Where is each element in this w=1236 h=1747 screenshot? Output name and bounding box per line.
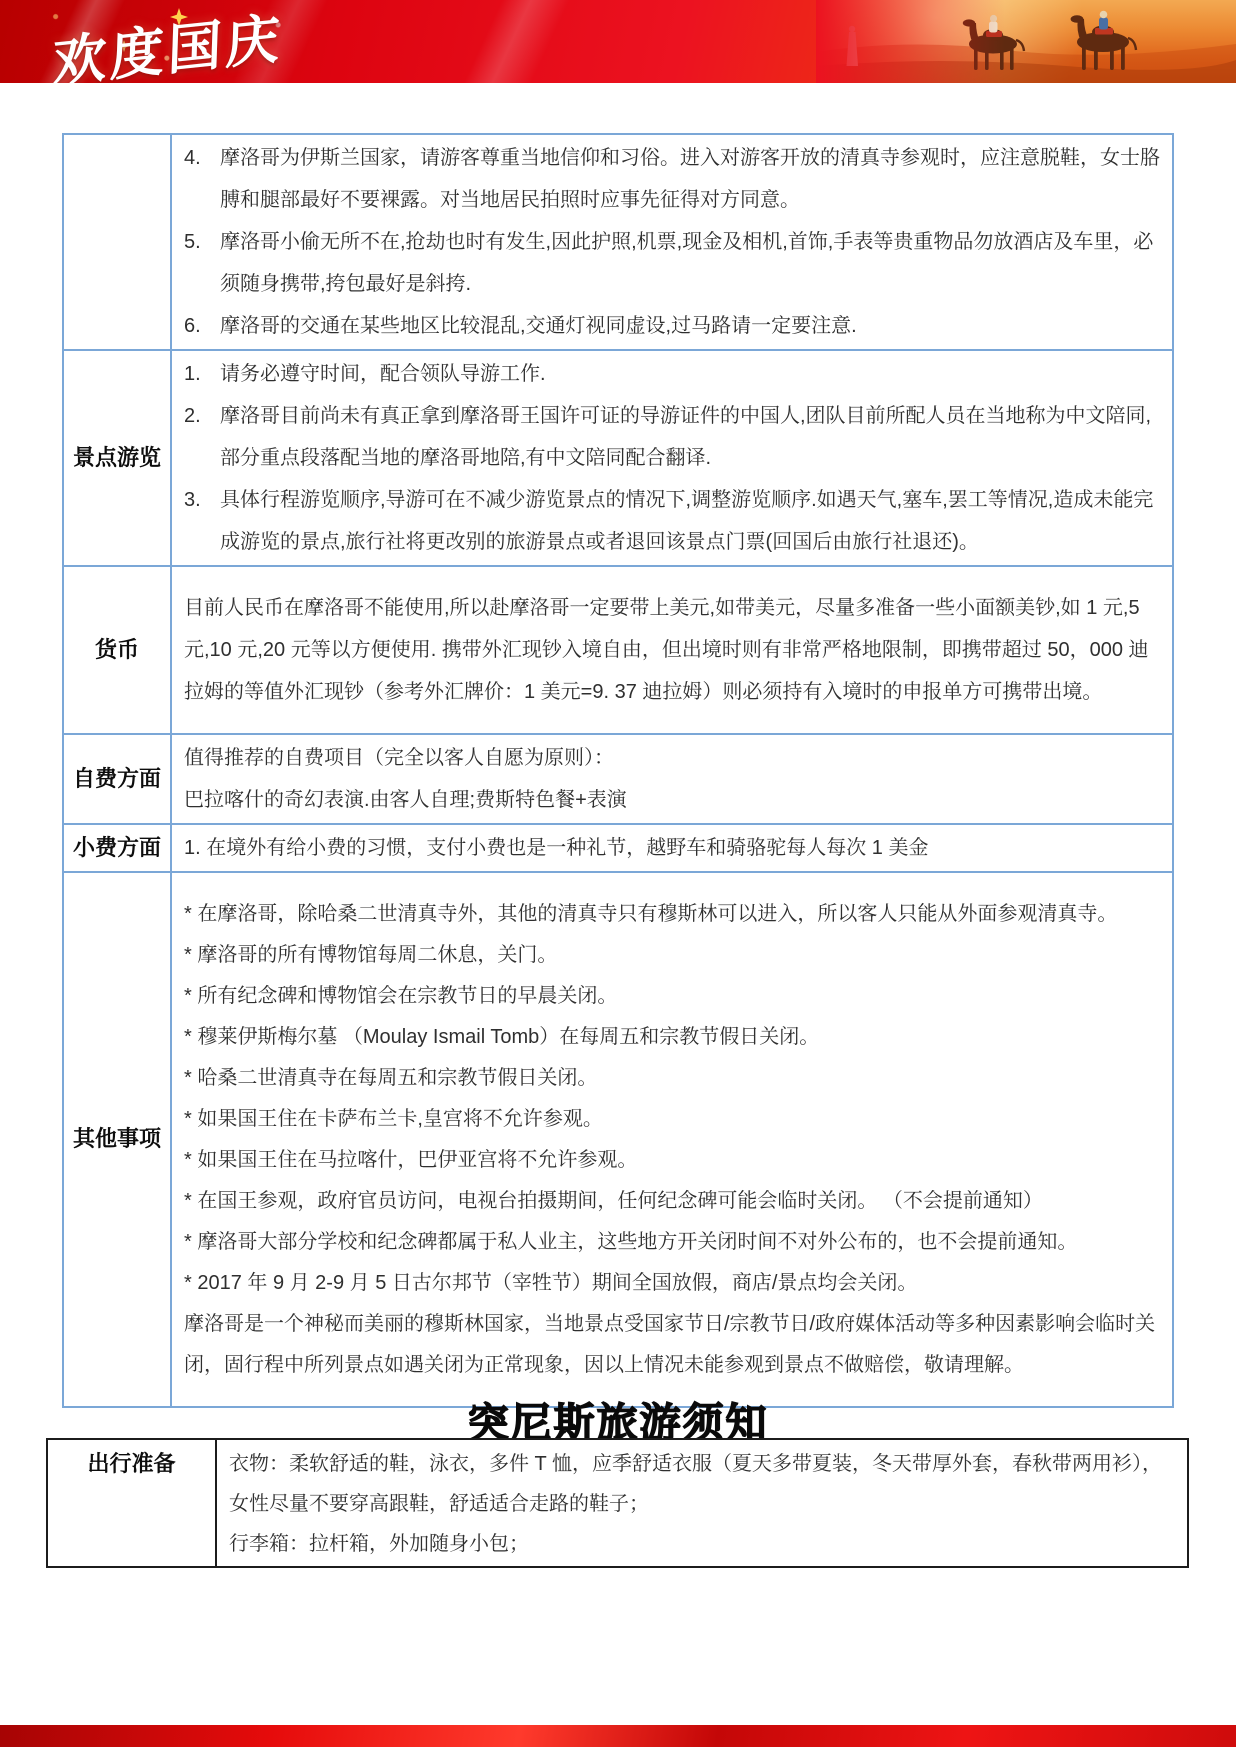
preparation-line: 衣物：柔软舒适的鞋，泳衣，多件 T 恤，应季舒适衣服（夏天多带夏装，冬天带厚外套… xyxy=(229,1444,1179,1524)
table-row: 景点游览 1. 请务必遵守时间，配合领队导游工作. 2. 摩洛哥目前尚未有真正拿… xyxy=(64,349,1172,565)
table-row: 货币 目前人民币在摩洛哥不能使用,所以赴摩洛哥一定要带上美元,如带美元，尽量多准… xyxy=(64,565,1172,733)
desert-scene xyxy=(816,0,1236,83)
row-content: 目前人民币在摩洛哥不能使用,所以赴摩洛哥一定要带上美元,如带美元，尽量多准备一些… xyxy=(172,567,1172,733)
row-content: 衣物：柔软舒适的鞋，泳衣，多件 T 恤，应季舒适衣服（夏天多带夏装，冬天带厚外套… xyxy=(217,1440,1187,1566)
list-item: 4. 摩洛哥为伊斯兰国家，请游客尊重当地信仰和习俗。进入对游客开放的清真寺参观时… xyxy=(184,137,1164,221)
other-bullet: * 哈桑二世清真寺在每周五和宗教节假日关闭。 xyxy=(184,1058,1164,1099)
table-row: 4. 摩洛哥为伊斯兰国家，请游客尊重当地信仰和习俗。进入对游客开放的清真寺参观时… xyxy=(64,135,1172,349)
list-item: 5. 摩洛哥小偷无所不在,抢劫也时有发生,因此护照,机票,现金及相机,首饰,手表… xyxy=(184,221,1164,305)
other-bullet: * 摩洛哥的所有博物馆每周二休息，关门。 xyxy=(184,935,1164,976)
preparation-line: 行李箱：拉杆箱，外加随身小包； xyxy=(229,1524,1179,1564)
row-label-other: 其他事项 xyxy=(64,873,172,1406)
row-label-empty xyxy=(64,135,172,349)
self-pay-line: 值得推荐的自费项目（完全以客人自愿为原则）： xyxy=(184,737,1164,779)
other-bullet: * 2017 年 9 月 2-9 月 5 日古尔邦节（宰牲节）期间全国放假，商店… xyxy=(184,1263,1164,1304)
table-row: 自费方面 值得推荐的自费项目（完全以客人自愿为原则）： 巴拉喀什的奇幻表演.由客… xyxy=(64,733,1172,823)
list-item: 1. 请务必遵守时间，配合领队导游工作. xyxy=(184,353,1164,395)
row-content: 值得推荐的自费项目（完全以客人自愿为原则）： 巴拉喀什的奇幻表演.由客人自理;费… xyxy=(172,735,1172,823)
self-pay-line: 巴拉喀什的奇幻表演.由客人自理;费斯特色餐+表演 xyxy=(184,779,1164,821)
row-label-currency: 货币 xyxy=(64,567,172,733)
table-row: 出行准备 衣物：柔软舒适的鞋，泳衣，多件 T 恤，应季舒适衣服（夏天多带夏装，冬… xyxy=(48,1440,1187,1566)
tunisia-preparation-table: 出行准备 衣物：柔软舒适的鞋，泳衣，多件 T 恤，应季舒适衣服（夏天多带夏装，冬… xyxy=(46,1438,1189,1568)
row-content: 4. 摩洛哥为伊斯兰国家，请游客尊重当地信仰和习俗。进入对游客开放的清真寺参观时… xyxy=(172,135,1172,349)
row-label-preparation: 出行准备 xyxy=(48,1440,217,1566)
other-closing: 摩洛哥是一个神秘而美丽的穆斯林国家，当地景点受国家节日/宗教节日/政府媒体活动等… xyxy=(184,1304,1164,1386)
row-content: * 在摩洛哥，除哈桑二世清真寺外，其他的清真寺只有穆斯林可以进入，所以客人只能从… xyxy=(172,873,1172,1406)
footer-ribbon xyxy=(0,1725,1236,1747)
other-bullet: * 在摩洛哥，除哈桑二世清真寺外，其他的清真寺只有穆斯林可以进入，所以客人只能从… xyxy=(184,894,1164,935)
other-bullet: * 如果国王住在卡萨布兰卡,皇宫将不允许参观。 xyxy=(184,1099,1164,1140)
tips-line: 1. 在境外有给小费的习惯，支付小费也是一种礼节，越野车和骑骆驼每人每次 1 美… xyxy=(184,827,1164,869)
row-label-tips: 小费方面 xyxy=(64,825,172,871)
list-item: 3. 具体行程游览顺序,导游可在不减少游览景点的情况下,调整游览顺序.如遇天气,… xyxy=(184,479,1164,563)
other-bullet: * 穆莱伊斯梅尔墓 （Moulay Ismail Tomb）在每周五和宗教节假日… xyxy=(184,1017,1164,1058)
list-item: 2. 摩洛哥目前尚未有真正拿到摩洛哥王国许可证的导游证件的中国人,团队目前所配人… xyxy=(184,395,1164,479)
row-label-sightseeing: 景点游览 xyxy=(64,351,172,565)
table-row: 其他事项 * 在摩洛哥，除哈桑二世清真寺外，其他的清真寺只有穆斯林可以进入，所以… xyxy=(64,871,1172,1406)
list-item: 6. 摩洛哥的交通在某些地区比较混乱,交通灯视同虚设,过马路请一定要注意. xyxy=(184,305,1164,347)
row-content: 1. 在境外有给小费的习惯，支付小费也是一种礼节，越野车和骑骆驼每人每次 1 美… xyxy=(172,825,1172,871)
other-bullet: * 如果国王住在马拉喀什，巴伊亚宫将不允许参观。 xyxy=(184,1140,1164,1181)
row-label-self-pay: 自费方面 xyxy=(64,735,172,823)
row-content: 1. 请务必遵守时间，配合领队导游工作. 2. 摩洛哥目前尚未有真正拿到摩洛哥王… xyxy=(172,351,1172,565)
other-bullet: * 摩洛哥大部分学校和纪念碑都属于私人业主，这些地方开关闭时间不对外公布的，也不… xyxy=(184,1222,1164,1263)
other-bullet: * 所有纪念碑和博物馆会在宗教节日的早晨关闭。 xyxy=(184,976,1164,1017)
morocco-notice-table: 4. 摩洛哥为伊斯兰国家，请游客尊重当地信仰和习俗。进入对游客开放的清真寺参观时… xyxy=(62,133,1174,1408)
currency-paragraph: 目前人民币在摩洛哥不能使用,所以赴摩洛哥一定要带上美元,如带美元，尽量多准备一些… xyxy=(184,587,1164,713)
national-day-banner: 欢度国庆 xyxy=(0,0,1236,83)
table-row: 小费方面 1. 在境外有给小费的习惯，支付小费也是一种礼节，越野车和骑骆驼每人每… xyxy=(64,823,1172,871)
travel-notice-page: 欢度国庆 4. 摩洛哥为伊斯兰国家，请游客尊重当地信仰和习俗。进入对游客开放的清… xyxy=(0,0,1236,1747)
red-orange-blend xyxy=(816,0,1005,83)
other-bullet: * 在国王参观，政府官员访问，电视台拍摄期间，任何纪念碑可能会临时关闭。 （不会… xyxy=(184,1181,1164,1222)
